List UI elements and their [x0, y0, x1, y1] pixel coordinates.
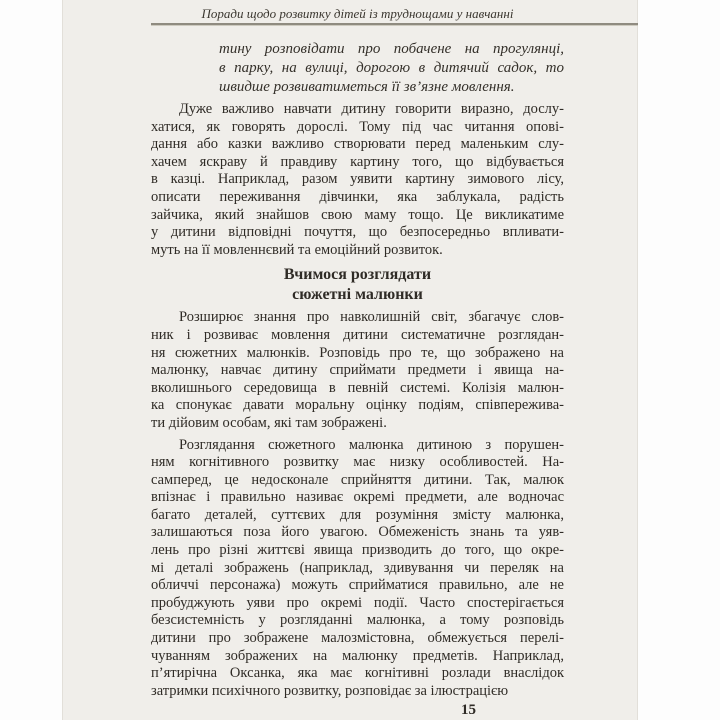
text-line: лень про різні життєві явища призводить …	[151, 542, 564, 560]
text-line: ка спонукає давати моральну оцінку подія…	[151, 397, 564, 415]
text-line: ник і розвиває мовлення дитини системати…	[151, 327, 564, 345]
text-line: в парку, на вулиці, дорогою в дитячий са…	[219, 59, 564, 78]
text-line: Розширює знання про навколишній світ, зб…	[151, 309, 564, 327]
text-line: у дитини відповідні почуття, що безпосер…	[151, 224, 564, 242]
text-line: вколишнього середовища в певній системі.…	[151, 380, 564, 398]
text-line: безсистемність у розгляданні малюнка, а …	[151, 612, 564, 630]
text-line: дання або казки важливо створювати перед…	[151, 136, 564, 154]
intro-quote: тину розповідати про побачене на прогуля…	[219, 40, 564, 97]
text-line: чуванням зображених на малюнку предметів…	[151, 648, 564, 666]
text-line: мі деталі зображень (наприклад, здивуван…	[151, 560, 564, 578]
text-line: малюнку, навчає дитину сприймати предмет…	[151, 362, 564, 380]
text-line: ням когнітивного розвитку має низку особ…	[151, 454, 564, 472]
page-content: тину розповідати про побачене на прогуля…	[151, 40, 564, 700]
section-heading: Вчимося розглядатисюжетні малюнки	[151, 265, 564, 305]
text-line: тину розповідати про побачене на прогуля…	[219, 40, 564, 59]
text-line: ня сюжетних малюнків. Розповідь про те, …	[151, 345, 564, 363]
text-line: п’ятирічна Оксанка, яка має когнітивні р…	[151, 665, 564, 683]
text-line: в казці. Наприклад, разом уявити картину…	[151, 171, 564, 189]
screenshot-canvas: Поради щодо розвитку дітей із труднощами…	[0, 0, 720, 720]
text-line: затримки психічного розвитку, розповідає…	[151, 683, 564, 701]
text-line: описати переживання дівчинки, яка заблук…	[151, 189, 564, 207]
text-line: швидше розвиватиметься її зв’язне мовлен…	[219, 78, 564, 97]
text-line: ти дійовим особам, які там зображені.	[151, 415, 564, 433]
header-rule	[151, 23, 638, 25]
text-line: хатися, як говорять дорослі. Тому під ча…	[151, 119, 564, 137]
text-line: зайчика, який знайшов свою маму тощо. Це…	[151, 207, 564, 225]
running-head-title: Поради щодо розвитку дітей із труднощами…	[151, 6, 564, 21]
text-line: муть на її мовленнєвий та емоційний розв…	[151, 242, 564, 260]
text-line: самперед, це недосконале сприйняття дити…	[151, 472, 564, 490]
text-line: дитини про зображене малозмістовна, обме…	[151, 630, 564, 648]
text-line: Вчимося розглядати	[151, 265, 564, 285]
text-line: обличчі персонажа) можуть сприйматися пр…	[151, 577, 564, 595]
text-line: хачем яскраву й правдиву картину того, щ…	[151, 154, 564, 172]
book-page: Поради щодо розвитку дітей із труднощами…	[62, 0, 638, 720]
page-number: 15	[63, 702, 476, 718]
text-line: багато деталей, суттєвих для розуміння з…	[151, 507, 564, 525]
paragraph: Розширює знання про навколишній світ, зб…	[151, 309, 564, 432]
text-line: Розглядання сюжетного малюнка дитиною з …	[151, 437, 564, 455]
paragraph: Розглядання сюжетного малюнка дитиною з …	[151, 437, 564, 701]
text-line: пробуджують уяви про окремі події. Часто…	[151, 595, 564, 613]
text-line: Дуже важливо навчати дитину говорити вир…	[151, 101, 564, 119]
text-line: залишаються поза його увагою. Обмеженіст…	[151, 524, 564, 542]
text-line: впізнає і правильно називає окремі предм…	[151, 489, 564, 507]
paragraph: Дуже важливо навчати дитину говорити вир…	[151, 101, 564, 259]
text-line: сюжетні малюнки	[151, 285, 564, 305]
